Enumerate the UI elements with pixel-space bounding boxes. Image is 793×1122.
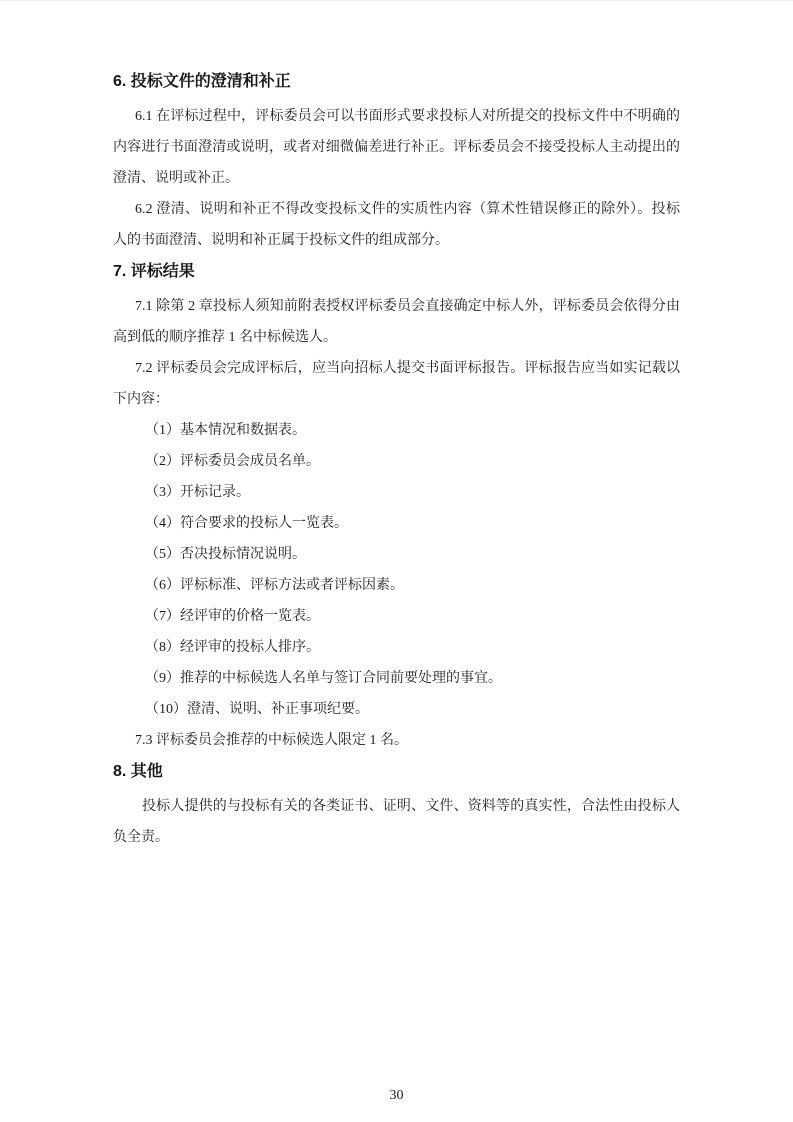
page-footer: 30 <box>0 1087 793 1105</box>
report-item-8: （8）经评审的投标人排序。 <box>113 632 680 663</box>
report-item-3: （3）开标记录。 <box>113 477 680 508</box>
paragraph-7-1: 7.1 除第 2 章投标人须知前附表授权评标委员会直接确定中标人外，评标委员会依… <box>113 291 680 353</box>
paragraph-7-2: 7.2 评标委员会完成评标后，应当向招标人提交书面评标报告。评标报告应当如实记载… <box>113 353 680 415</box>
paragraph-6-1: 6.1 在评标过程中，评标委员会可以书面形式要求投标人对所提交的投标文件中不明确… <box>113 101 680 194</box>
section-6-heading: 6. 投标文件的澄清和补正 <box>113 66 680 97</box>
paragraph-6-2: 6.2 澄清、说明和补正不得改变投标文件的实质性内容（算术性错误修正的除外）。投… <box>113 194 680 256</box>
page-number: 30 <box>390 1088 404 1103</box>
report-item-10: （10）澄清、说明、补正事项纪要。 <box>113 694 680 725</box>
report-item-7: （7）经评审的价格一览表。 <box>113 601 680 632</box>
section-6-clarification: 6. 投标文件的澄清和补正 6.1 在评标过程中，评标委员会可以书面形式要求投标… <box>113 66 680 256</box>
report-item-2: （2）评标委员会成员名单。 <box>113 446 680 477</box>
paragraph-8-body: 投标人提供的与投标有关的各类证书、证明、文件、资料等的真实性，合法性由投标人负全… <box>113 791 680 853</box>
section-7-evaluation-result: 7. 评标结果 7.1 除第 2 章投标人须知前附表授权评标委员会直接确定中标人… <box>113 256 680 756</box>
report-item-9: （9）推荐的中标候选人名单与签订合同前要处理的事宜。 <box>113 663 680 694</box>
report-item-4: （4）符合要求的投标人一览表。 <box>113 508 680 539</box>
report-item-6: （6）评标标准、评标方法或者评标因素。 <box>113 570 680 601</box>
report-item-1: （1）基本情况和数据表。 <box>113 415 680 446</box>
section-8-heading: 8. 其他 <box>113 756 680 787</box>
report-item-5: （5）否决投标情况说明。 <box>113 539 680 570</box>
document-page: 6. 投标文件的澄清和补正 6.1 在评标过程中，评标委员会可以书面形式要求投标… <box>113 66 680 853</box>
paragraph-7-3: 7.3 评标委员会推荐的中标候选人限定 1 名。 <box>113 725 680 756</box>
section-8-other: 8. 其他 投标人提供的与投标有关的各类证书、证明、文件、资料等的真实性，合法性… <box>113 756 680 853</box>
section-7-heading: 7. 评标结果 <box>113 256 680 287</box>
